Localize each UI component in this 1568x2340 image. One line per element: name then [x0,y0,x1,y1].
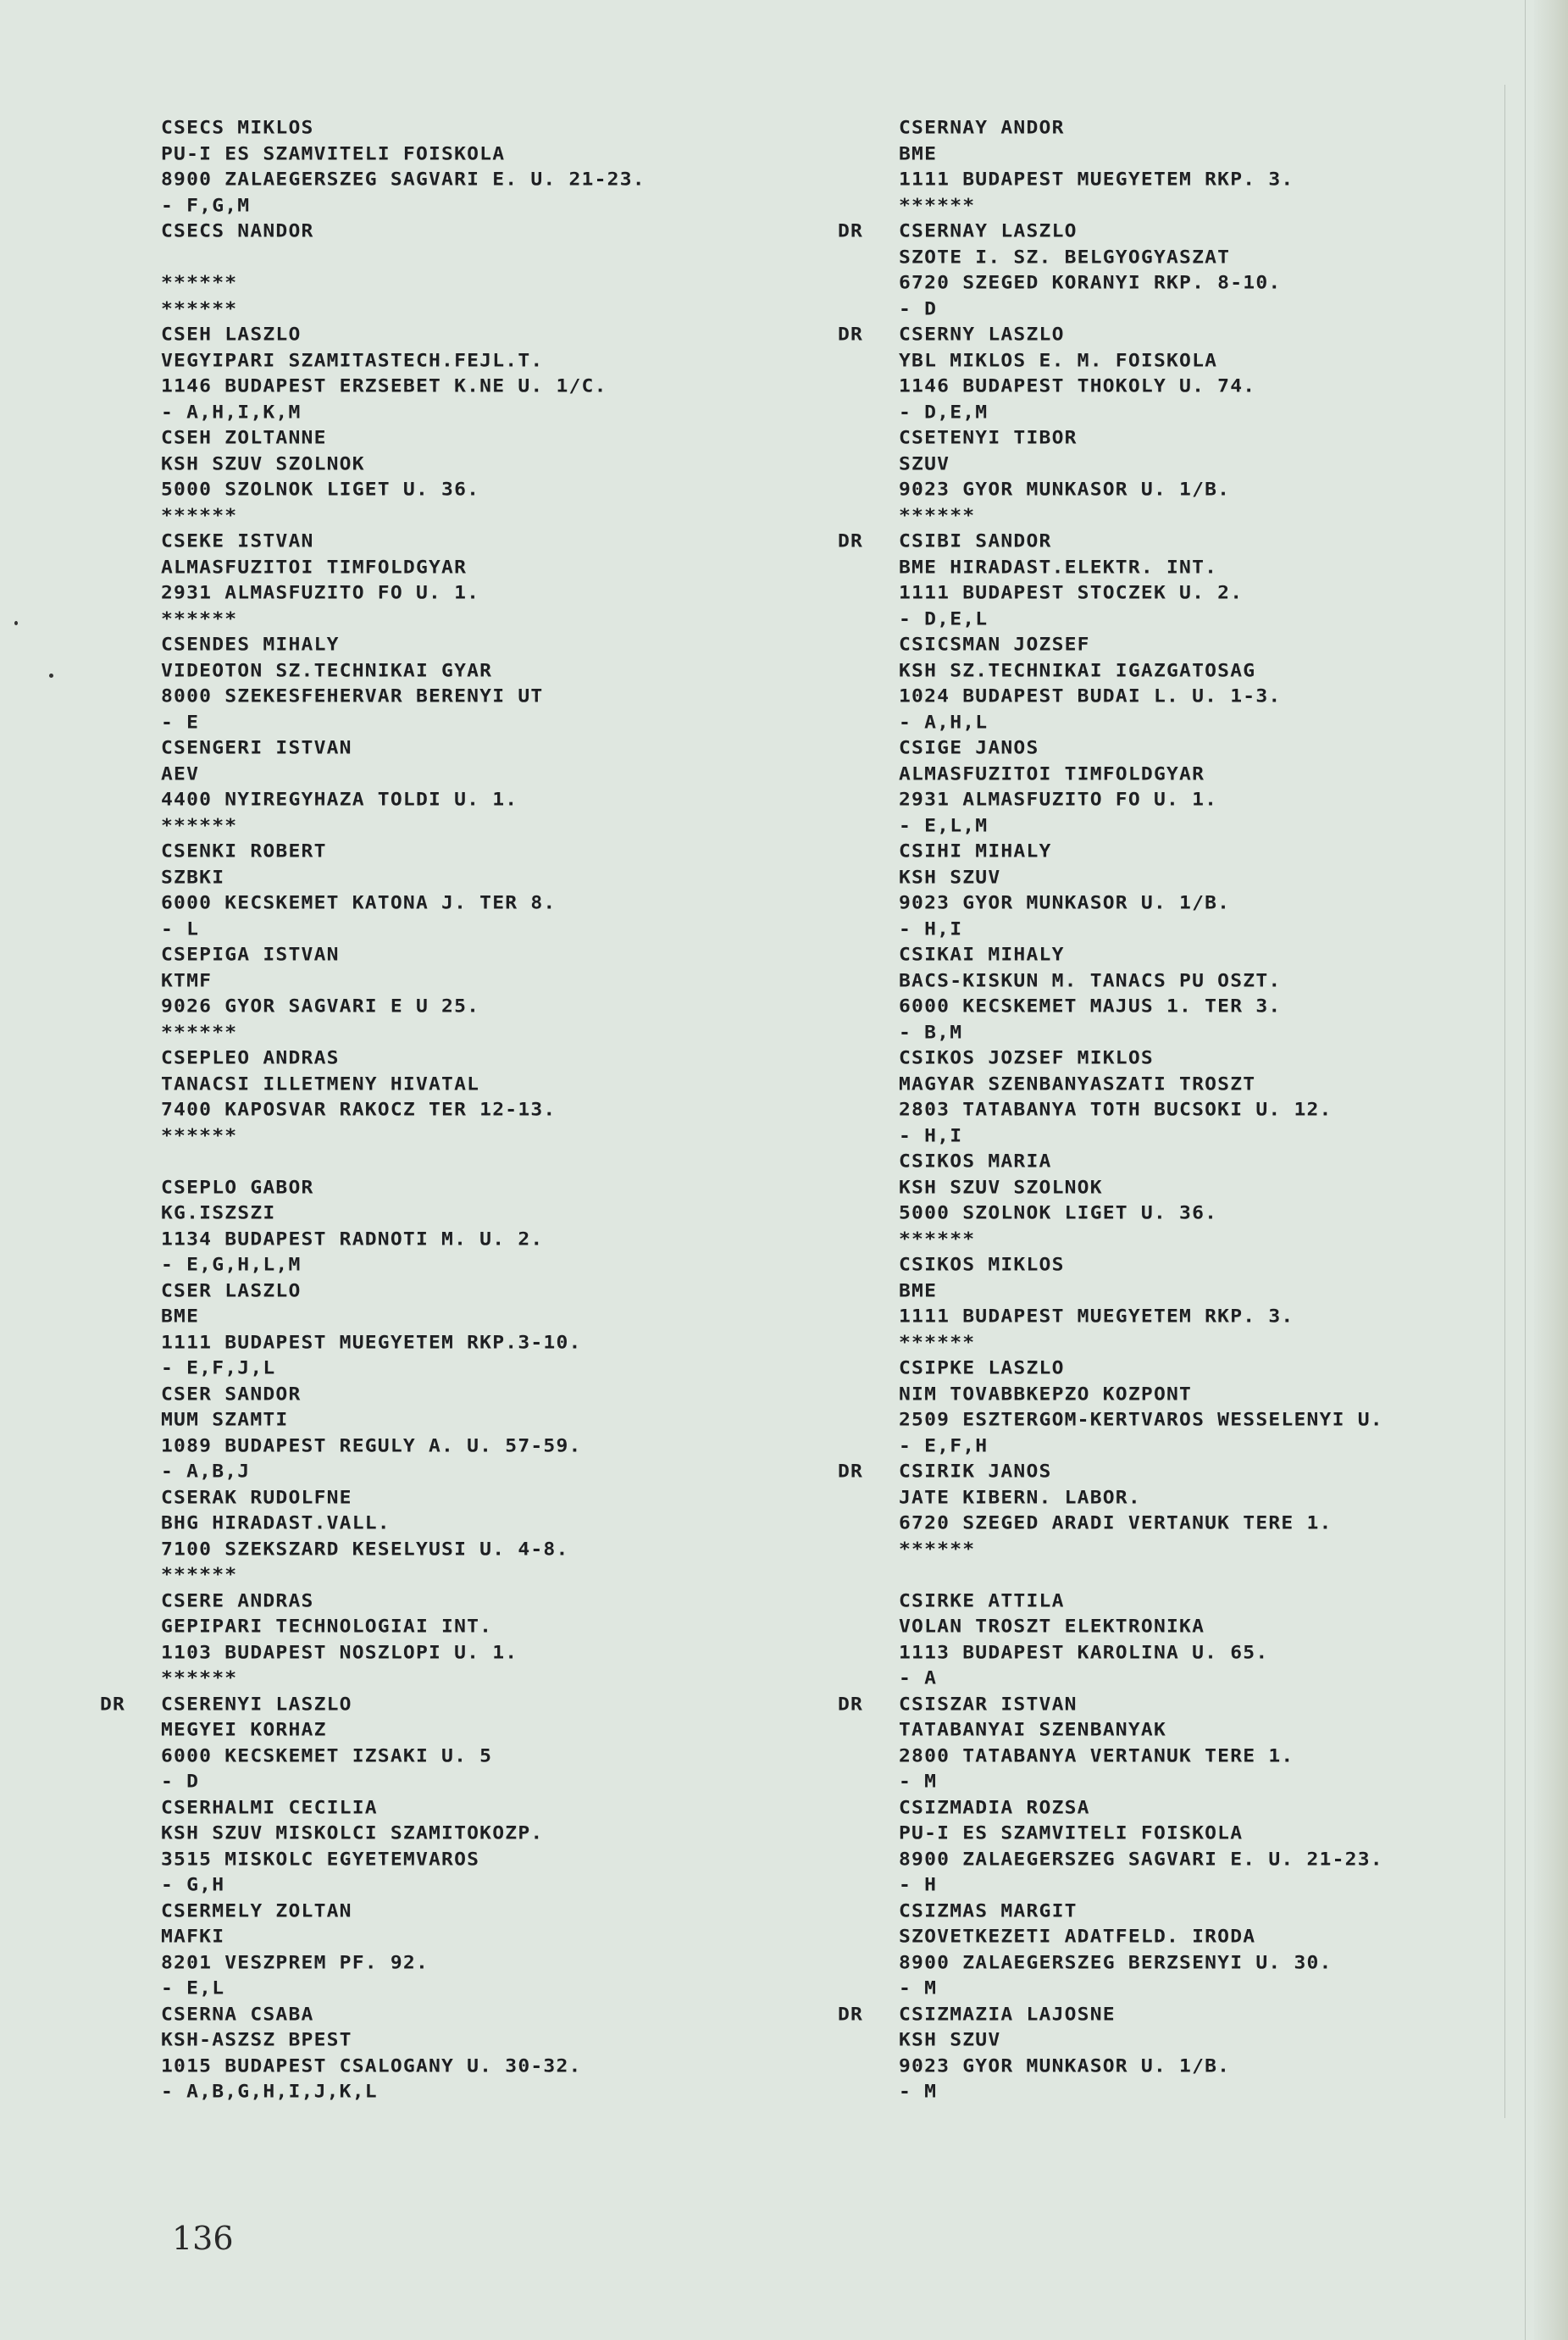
entry-codes: ****** [899,1538,1383,1561]
line-text: CSERENYI LASZLO [161,1694,352,1715]
line-text: CSIKOS JOZSEF MIKLOS [899,1048,1154,1068]
entry-address: 8201 VESZPREM PF. 92. [161,1951,645,1975]
directory-entry: CSENDES MIHALYVIDEOTON SZ.TECHNIKAI GYAR… [161,632,645,735]
line-text: AEV [161,764,199,785]
line-text: SZUV [899,454,950,474]
entry-organization: GEPIPARI TECHNOLOGIAI INT. [161,1615,645,1639]
line-text: - D,E,M [899,402,988,423]
directory-entry: CSIKOS MARIAKSH SZUV SZOLNOK5000 SZOLNOK… [899,1149,1383,1252]
entry-organization: KTMF [161,969,645,993]
line-text: 1134 BUDAPEST RADNOTI M. U. 2. [161,1229,543,1250]
line-text: 1111 BUDAPEST MUEGYETEM RKP.3-10. [161,1333,582,1353]
entry-name: DRCSISZAR ISTVAN [899,1693,1383,1716]
line-text: 8900 ZALAEGERSZEG BERZSENYI U. 30. [899,1953,1333,1973]
line-text: CSERNY LASZLO [899,324,1065,345]
directory-entry: CSER SANDORMUM SZAMTI1089 BUDAPEST REGUL… [161,1382,645,1485]
paper-fold-line [1525,0,1526,2340]
line-text: 9023 GYOR MUNKASOR U. 1/B. [899,480,1230,500]
page-number: 136 [172,2220,234,2257]
entry-address: 5000 SZOLNOK LIGET U. 36. [161,478,645,502]
line-text: CSETENYI TIBOR [899,428,1078,448]
entry-codes: ****** [161,1021,645,1045]
entry-name: CSER LASZLO [161,1279,645,1303]
page-edge-shadow [1534,0,1568,2340]
line-text: BACS-KISKUN M. TANACS PU OSZT. [899,971,1281,991]
directory-entry: CSEPLEO ANDRASTANACSI ILLETMENY HIVATAL7… [161,1045,645,1175]
line-text: ****** [899,1539,975,1560]
line-text: 6720 SZEGED ARADI VERTANUK TERE 1. [899,1513,1333,1533]
entry-codes: - E,F,H [899,1434,1383,1458]
line-text: ****** [161,816,237,836]
entry-address: 1111 BUDAPEST MUEGYETEM RKP. 3. [899,168,1383,191]
line-text: BME [899,1281,937,1301]
directory-entry: DRCSISZAR ISTVANTATABANYAI SZENBANYAK280… [899,1692,1383,1795]
line-text: ****** [161,609,237,629]
directory-entry: CSERHALMI CECILIAKSH SZUV MISKOLCI SZAMI… [161,1795,645,1899]
line-text: 2803 TATABANYA TOTH BUCSOKI U. 12. [899,1100,1333,1120]
entry-organization: KSH SZUV MISKOLCI SZAMITOKOZP. [161,1822,645,1845]
line-text: CSERAK RUDOLFNE [161,1488,352,1508]
line-text: 7100 SZEKSZARD KESELYUSI U. 4-8. [161,1539,569,1560]
entry-address: 1111 BUDAPEST MUEGYETEM RKP.3-10. [161,1331,645,1355]
line-text: 1111 BUDAPEST STOCZEK U. 2. [899,583,1243,603]
entry-organization: MAGYAR SZENBANYASZATI TROSZT [899,1073,1383,1096]
line-text: CSERE ANDRAS [161,1591,314,1611]
entry-organization [161,246,645,269]
entry-name: DRCSIBI SANDOR [899,530,1383,553]
entry-name: CSIHI MIHALY [899,840,1383,863]
line-text: 6720 SZEGED KORANYI RKP. 8-10. [899,273,1281,293]
line-text: 2509 ESZTERGOM-KERTVAROS WESSELENYI U. [899,1410,1383,1430]
line-text: KTMF [161,971,212,991]
entry-address: 7100 SZEKSZARD KESELYUSI U. 4-8. [161,1538,645,1561]
line-text: 8000 SZEKESFEHERVAR BERENYI UT [161,686,543,707]
entry-name: CSICSMAN JOZSEF [899,633,1383,657]
line-text: CSIGE JANOS [899,738,1039,758]
entry-codes: - H,I [899,1124,1383,1148]
entry-address: 4400 NYIREGYHAZA TOLDI U. 1. [161,788,645,812]
entry-name: DRCSERENYI LASZLO [161,1693,645,1716]
title-prefix: DR [838,2003,863,2027]
line-text: 9023 GYOR MUNKASOR U. 1/B. [899,893,1230,913]
entry-codes: - B,M [899,1021,1383,1045]
entry-codes: - D,E,L [899,607,1383,631]
entry-organization: MEGYEI KORHAZ [161,1718,645,1742]
entry-name: CSENGERI ISTVAN [161,736,645,760]
line-text: BME [161,1306,199,1327]
line-text: - E,L,M [899,816,988,836]
entry-address: 8000 SZEKESFEHERVAR BERENYI UT [161,685,645,708]
entry-address: 1134 BUDAPEST RADNOTI M. U. 2. [161,1228,645,1251]
line-text: - E,F,J,L [161,1358,275,1378]
line-text: CSICSMAN JOZSEF [899,635,1090,655]
entry-name: ****** [161,297,645,321]
entry-address: 6720 SZEGED ARADI VERTANUK TERE 1. [899,1511,1383,1535]
line-text: ****** [899,1333,975,1353]
entry-codes: - D [161,1770,645,1794]
line-text: CSIRIK JANOS [899,1461,1052,1482]
entry-codes: ****** [899,504,1383,528]
entry-name: CSIZMAS MARGIT [899,1899,1383,1923]
line-text: KSH SZUV MISKOLCI SZAMITOKOZP. [161,1823,543,1844]
entry-address: 1146 BUDAPEST ERZSEBET K.NE U. 1/C. [161,374,645,398]
title-prefix: DR [838,219,863,243]
line-text: - G,H [161,1875,224,1895]
line-text: 1103 BUDAPEST NOSZLOPI U. 1. [161,1643,518,1663]
line-text: 6000 KECSKEMET MAJUS 1. TER 3. [899,996,1281,1017]
line-text: CSERHALMI CECILIA [161,1798,378,1818]
title-prefix: DR [100,1693,125,1716]
entry-name: CSER SANDOR [161,1383,645,1406]
line-text: YBL MIKLOS E. M. FOISKOLA [899,351,1217,371]
directory-column-right: CSERNAY ANDORBME1111 BUDAPEST MUEGYETEM … [899,115,1383,2105]
line-text: VEGYIPARI SZAMITASTECH.FEJL.T. [161,351,543,371]
line-text: ****** [161,506,237,526]
entry-organization: KSH SZUV [899,866,1383,890]
line-text: CSENKI ROBERT [161,841,327,862]
directory-entry: CSIPKE LASZLONIM TOVABBKEPZO KOZPONT2509… [899,1356,1383,1459]
line-text: - A,B,G,H,I,J,K,L [161,2082,378,2102]
line-text: 6000 KECSKEMET IZSAKI U. 5 [161,1746,492,1766]
line-text: KG.ISZSZI [161,1203,275,1223]
entry-codes: - A,B,J [161,1460,645,1483]
directory-entry: CSIRKE ATTILAVOLAN TROSZT ELEKTRONIKA111… [899,1589,1383,1692]
line-text: 1113 BUDAPEST KAROLINA U. 65. [899,1643,1268,1663]
entry-codes: ****** [899,194,1383,218]
line-text: 5000 SZOLNOK LIGET U. 36. [899,1203,1217,1223]
entry-address: 2803 TATABANYA TOTH BUCSOKI U. 12. [899,1098,1383,1122]
entry-name: CSEPLO GABOR [161,1176,645,1200]
line-text: 1015 BUDAPEST CSALOGANY U. 30-32. [161,2056,582,2077]
directory-entry: DRCSERNAY LASZLOSZOTE I. SZ. BELGYOGYASZ… [899,219,1383,322]
line-text: CSECS MIKLOS [161,118,314,138]
line-text: KSH SZUV SZOLNOK [899,1178,1103,1198]
line-text: 1111 BUDAPEST MUEGYETEM RKP. 3. [899,1306,1294,1327]
line-text: - E,F,H [899,1436,988,1456]
line-text: - E,L [161,1978,224,1999]
line-text: 8900 ZALAEGERSZEG SAGVARI E. U. 21-23. [161,169,645,190]
entry-address: 1111 BUDAPEST STOCZEK U. 2. [899,581,1383,605]
entry-organization: KG.ISZSZI [161,1201,645,1225]
entry-name: CSENKI ROBERT [161,840,645,863]
line-text: - M [899,2082,937,2102]
entry-organization: MAFKI [161,1925,645,1949]
entry-address: 5000 SZOLNOK LIGET U. 36. [899,1201,1383,1225]
line-text: - L [161,919,199,940]
entry-address: 6000 KECSKEMET MAJUS 1. TER 3. [899,995,1383,1018]
entry-name: CSIZMADIA ROZSA [899,1796,1383,1820]
entry-address: ****** [161,271,645,295]
entry-address: 2931 ALMASFUZITO FO U. 1. [899,788,1383,812]
entry-name: CSERAK RUDOLFNE [161,1486,645,1510]
line-text: ALMASFUZITOI TIMFOLDGYAR [161,557,467,578]
line-text: ****** [161,1565,237,1585]
line-text: KSH SZUV [899,868,1000,888]
entry-name: CSEH LASZLO [161,323,645,347]
entry-address: 6000 KECSKEMET IZSAKI U. 5 [161,1744,645,1768]
entry-organization: PU-I ES SZAMVITELI FOISKOLA [161,142,645,166]
entry-codes: - A,B,G,H,I,J,K,L [161,2080,645,2104]
entry-address: 6000 KECSKEMET KATONA J. TER 8. [161,891,645,915]
title-prefix: DR [838,323,863,347]
line-text: CSEPIGA ISTVAN [161,945,340,965]
entry-codes: - E,F,J,L [161,1356,645,1380]
entry-organization: SZOTE I. SZ. BELGYOGYASZAT [899,246,1383,269]
line-text: 1111 BUDAPEST MUEGYETEM RKP. 3. [899,169,1294,190]
directory-entry: CSICSMAN JOZSEFKSH SZ.TECHNIKAI IGAZGATO… [899,632,1383,735]
directory-entry: CSERE ANDRASGEPIPARI TECHNOLOGIAI INT.11… [161,1589,645,1692]
entry-name: CSIKOS MARIA [899,1150,1383,1173]
line-text: SZOVETKEZETI ADATFELD. IRODA [899,1927,1255,1947]
entry-codes: - A [899,1666,1383,1690]
entry-codes: - E,L [161,1977,645,2000]
line-text: 1146 BUDAPEST ERZSEBET K.NE U. 1/C. [161,376,607,396]
line-text: CSIZMAS MARGIT [899,1901,1078,1921]
line-text: CSIHI MIHALY [899,841,1052,862]
line-text: - M [899,1978,937,1999]
line-text: - H [899,1875,937,1895]
line-text: CSISZAR ISTVAN [899,1694,1078,1715]
directory-entry: DRCSERNY LASZLOYBL MIKLOS E. M. FOISKOLA… [899,322,1383,425]
line-text: GEPIPARI TECHNOLOGIAI INT. [161,1616,492,1637]
entry-address: 9023 GYOR MUNKASOR U. 1/B. [899,2054,1383,2078]
directory-entry: CSIZMADIA ROZSAPU-I ES SZAMVITELI FOISKO… [899,1795,1383,1899]
line-text: CSIPKE LASZLO [899,1358,1065,1378]
entry-organization: KSH SZUV SZOLNOK [161,452,645,476]
line-text: TATABANYAI SZENBANYAK [899,1720,1166,1740]
entry-organization: KSH SZUV [899,2028,1383,2052]
line-text: ****** [899,1229,975,1250]
entry-address: 9026 GYOR SAGVARI E U 25. [161,995,645,1018]
line-text: BME [899,144,937,164]
line-text: ****** [161,1126,237,1146]
line-text: CSEPLEO ANDRAS [161,1048,340,1068]
directory-entry: CSENKI ROBERTSZBKI6000 KECSKEMET KATONA … [161,839,645,942]
line-text: ****** [899,196,975,216]
line-text: - D [161,1772,199,1792]
entry-address: 8900 ZALAEGERSZEG BERZSENYI U. 30. [899,1951,1383,1975]
entry-codes: ****** [161,1563,645,1587]
line-text: 1146 BUDAPEST THOKOLY U. 74. [899,376,1255,396]
entry-codes: ****** [161,814,645,838]
entry-address: 2800 TATABANYA VERTANUK TERE 1. [899,1744,1383,1768]
entry-organization: VOLAN TROSZT ELEKTRONIKA [899,1615,1383,1639]
entry-organization: BME HIRADAST.ELEKTR. INT. [899,556,1383,579]
directory-entry: CSEKE ISTVANALMASFUZITOI TIMFOLDGYAR2931… [161,529,645,632]
line-text: - M [899,1772,937,1792]
line-text: MAGYAR SZENBANYASZATI TROSZT [899,1074,1255,1095]
line-text: BME HIRADAST.ELEKTR. INT. [899,557,1217,578]
line-text: 1089 BUDAPEST REGULY A. U. 57-59. [161,1436,582,1456]
directory-entry: CSIKAI MIHALYBACS-KISKUN M. TANACS PU OS… [899,942,1383,1045]
line-text: CSER LASZLO [161,1281,302,1301]
entry-name: CSERHALMI CECILIA [161,1796,645,1820]
entry-organization: ALMASFUZITOI TIMFOLDGYAR [161,556,645,579]
directory-entry: CSIHI MIHALYKSH SZUV9023 GYOR MUNKASOR U… [899,839,1383,942]
entry-codes: - D,E,M [899,401,1383,424]
directory-entry: CSIKOS JOZSEF MIKLOSMAGYAR SZENBANYASZAT… [899,1045,1383,1149]
entry-address: 1015 BUDAPEST CSALOGANY U. 30-32. [161,2054,645,2078]
directory-entry: CSEPLO GABORKG.ISZSZI1134 BUDAPEST RADNO… [161,1175,645,1278]
entry-name: DRCSERNAY LASZLO [899,219,1383,243]
entry-name: DRCSIZMAZIA LAJOSNE [899,2003,1383,2027]
directory-entry: CSIKOS MIKLOSBME1111 BUDAPEST MUEGYETEM … [899,1252,1383,1356]
line-text: KSH-ASZSZ BPEST [161,2030,352,2050]
line-text: VOLAN TROSZT ELEKTRONIKA [899,1616,1205,1637]
directory-entry: CSIZMAS MARGITSZOVETKEZETI ADATFELD. IRO… [899,1899,1383,2002]
line-text: - A,H,I,K,M [161,402,302,423]
entry-codes: - E,G,H,L,M [161,1253,645,1277]
entry-name: CSIKOS JOZSEF MIKLOS [899,1046,1383,1070]
entry-organization: SZUV [899,452,1383,476]
line-text: CSIRKE ATTILA [899,1591,1065,1611]
entry-name: CSERNA CSABA [161,2003,645,2027]
entry-address: 9023 GYOR MUNKASOR U. 1/B. [899,478,1383,502]
entry-organization: VEGYIPARI SZAMITASTECH.FEJL.T. [161,349,645,373]
line-text: - D,E,L [899,609,988,629]
entry-address: 1103 BUDAPEST NOSZLOPI U. 1. [161,1641,645,1665]
line-text: CSEH LASZLO [161,324,302,345]
entry-organization: BHG HIRADAST.VALL. [161,1511,645,1535]
entry-codes: - M [899,1770,1383,1794]
entry-codes: - E,L,M [899,814,1383,838]
entry-codes: ****** [161,1124,645,1148]
paper-fold-line [1504,85,1505,2118]
title-prefix: DR [838,530,863,553]
entry-name: DRCSIRIK JANOS [899,1460,1383,1483]
directory-entry: CSERAK RUDOLFNEBHG HIRADAST.VALL.7100 SZ… [161,1485,645,1589]
directory-column-left: CSECS MIKLOSPU-I ES SZAMVITELI FOISKOLA8… [161,115,645,2105]
line-text: CSIZMADIA ROZSA [899,1798,1090,1818]
line-text: KSH SZUV SZOLNOK [161,454,365,474]
entry-organization: NIM TOVABBKEPZO KOZPONT [899,1383,1383,1406]
directory-entry: CSER LASZLOBME1111 BUDAPEST MUEGYETEM RK… [161,1278,645,1382]
line-text: - A [899,1668,937,1688]
line-text: 9023 GYOR MUNKASOR U. 1/B. [899,2056,1230,2077]
entry-organization: KSH-ASZSZ BPEST [161,2028,645,2052]
entry-address: 9023 GYOR MUNKASOR U. 1/B. [899,891,1383,915]
line-text: - B,M [899,1023,962,1043]
directory-entry: DRCSIZMAZIA LAJOSNEKSH SZUV9023 GYOR MUN… [899,2002,1383,2105]
line-text: MEGYEI KORHAZ [161,1720,327,1740]
line-text: - H,I [899,1126,962,1146]
line-text: CSEH ZOLTANNE [161,428,327,448]
line-text: - A,H,L [899,713,988,733]
entry-organization: SZBKI [161,866,645,890]
entry-organization: JATE KIBERN. LABOR. [899,1486,1383,1510]
entry-name: CSEPIGA ISTVAN [161,943,645,967]
entry-address: 8900 ZALAEGERSZEG SAGVARI E. U. 21-23. [161,168,645,191]
entry-address: 6720 SZEGED KORANYI RKP. 8-10. [899,271,1383,295]
line-text: CSEKE ISTVAN [161,531,314,552]
entry-codes [899,1563,1383,1587]
line-text: 5000 SZOLNOK LIGET U. 36. [161,480,479,500]
directory-entry: DRCSIBI SANDORBME HIRADAST.ELEKTR. INT.1… [899,529,1383,632]
entry-address: 2931 ALMASFUZITO FO U. 1. [161,581,645,605]
entry-name: CSECS NANDOR [161,219,645,243]
entry-name: CSERE ANDRAS [161,1589,645,1613]
line-text: - A,B,J [161,1461,250,1482]
entry-name: CSEPLEO ANDRAS [161,1046,645,1070]
line-text: NIM TOVABBKEPZO KOZPONT [899,1384,1192,1405]
directory-entry: CSEH LASZLOVEGYIPARI SZAMITASTECH.FEJL.T… [161,322,645,425]
line-text: PU-I ES SZAMVITELI FOISKOLA [161,144,505,164]
entry-organization: BACS-KISKUN M. TANACS PU OSZT. [899,969,1383,993]
line-text: BHG HIRADAST.VALL. [161,1513,391,1533]
line-text: SZBKI [161,868,224,888]
entry-codes: ****** [161,504,645,528]
entry-organization: BME [899,142,1383,166]
line-text: 2800 TATABANYA VERTANUK TERE 1. [899,1746,1294,1766]
entry-organization: BME [161,1305,645,1328]
line-text: CSIZMAZIA LAJOSNE [899,2005,1116,2025]
line-text: CSIKAI MIHALY [899,945,1065,965]
entry-organization: PU-I ES SZAMVITELI FOISKOLA [899,1822,1383,1845]
entry-address: 8900 ZALAEGERSZEG SAGVARI E. U. 21-23. [899,1848,1383,1871]
line-text: ****** [899,506,975,526]
entry-codes: - H,I [899,918,1383,941]
entry-name: CSIGE JANOS [899,736,1383,760]
directory-entry: CSEH ZOLTANNEKSH SZUV SZOLNOK5000 SZOLNO… [161,425,645,529]
line-text: 6000 KECSKEMET KATONA J. TER 8. [161,893,556,913]
entry-name: CSEKE ISTVAN [161,530,645,553]
line-text: CSERNAY LASZLO [899,221,1078,241]
line-text: - E,G,H,L,M [161,1255,302,1275]
entry-name: CSIKAI MIHALY [899,943,1383,967]
line-text: CSIKOS MIKLOS [899,1255,1065,1275]
title-prefix: DR [838,1460,863,1483]
entry-name: CSIKOS MIKLOS [899,1253,1383,1277]
entry-organization: AEV [161,762,645,786]
entry-address: 1089 BUDAPEST REGULY A. U. 57-59. [161,1434,645,1458]
entry-name: CSERNAY ANDOR [899,116,1383,140]
directory-entry: DRCSIRIK JANOSJATE KIBERN. LABOR.6720 SZ… [899,1459,1383,1589]
entry-address: 1113 BUDAPEST KAROLINA U. 65. [899,1641,1383,1665]
directory-entry: CSERMELY ZOLTANMAFKI8201 VESZPREM PF. 92… [161,1899,645,2002]
line-text: ****** [161,273,237,293]
line-text: CSECS NANDOR [161,221,314,241]
line-text: ALMASFUZITOI TIMFOLDGYAR [899,764,1205,785]
line-text: MUM SZAMTI [161,1410,288,1430]
entry-organization: TATABANYAI SZENBANYAK [899,1718,1383,1742]
entry-codes: ****** [899,1228,1383,1251]
line-text: 9026 GYOR SAGVARI E U 25. [161,996,479,1017]
entry-codes: - E [161,711,645,735]
entry-address: 3515 MISKOLC EGYETEMVAROS [161,1848,645,1871]
directory-entry: CSETENYI TIBORSZUV9023 GYOR MUNKASOR U. … [899,425,1383,529]
entry-address: 1146 BUDAPEST THOKOLY U. 74. [899,374,1383,398]
entry-codes: - G,H [161,1873,645,1897]
line-text: CSERNA CSABA [161,2005,314,2025]
entry-address: 1024 BUDAPEST BUDAI L. U. 1-3. [899,685,1383,708]
line-text: TANACSI ILLETMENY HIVATAL [161,1074,479,1095]
line-text: CSEPLO GABOR [161,1178,314,1198]
entry-organization: MUM SZAMTI [161,1408,645,1432]
entry-name: DRCSERNY LASZLO [899,323,1383,347]
line-text: CSIKOS MARIA [899,1151,1052,1172]
entry-codes: - A,H,L [899,711,1383,735]
entry-codes: - D [899,297,1383,321]
directory-entry: CSIGE JANOSALMASFUZITOI TIMFOLDGYAR2931 … [899,735,1383,839]
entry-name: CSECS MIKLOS [161,116,645,140]
entry-codes: - H [899,1873,1383,1897]
line-text: 2931 ALMASFUZITO FO U. 1. [899,790,1217,810]
ink-speck [14,621,18,625]
line-text: 2931 ALMASFUZITO FO U. 1. [161,583,479,603]
entry-name: CSIRKE ATTILA [899,1589,1383,1613]
line-text: MAFKI [161,1927,224,1947]
entry-codes: ****** [899,1331,1383,1355]
